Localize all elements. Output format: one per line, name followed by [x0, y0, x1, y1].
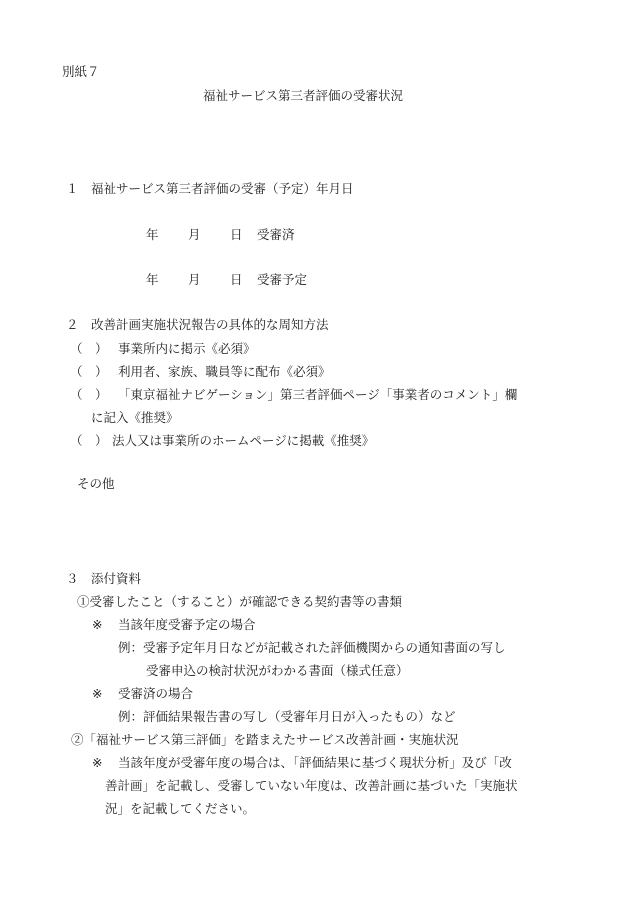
checkbox-navigation[interactable]: （ ）: [70, 387, 108, 403]
day-field[interactable]: 日: [230, 227, 243, 243]
other-label: その他: [77, 476, 115, 492]
note-line-1: 当該年度が受審年度の場合は、「評価結果に基づく現状分析」及び「改: [118, 755, 512, 771]
example-done: 例：評価結果報告書の写し（受審年月日が入ったもの）など: [118, 709, 456, 725]
case-planned: 当該年度受審予定の場合: [118, 617, 256, 633]
section-1-heading: 福祉サービス第三者評価の受審（予定）年月日: [91, 181, 354, 197]
note-mark: ※: [92, 755, 102, 771]
item-navigation: 「東京福祉ナビゲーション」第三者評価ページ「事業者のコメント」欄: [118, 387, 517, 403]
day-field[interactable]: 日: [230, 272, 243, 288]
checkbox-posting[interactable]: （ ）: [70, 341, 108, 357]
example-planned-2: 受審申込の検討状況がわかる書面（様式任意）: [146, 663, 409, 679]
checkbox-homepage[interactable]: （ ）: [70, 433, 108, 449]
note-line-2: 善計画」を記載し、受審していない年度は、改善計画に基づいた「実施状: [105, 778, 518, 794]
section-3-heading: 添付資料: [91, 571, 141, 587]
checkbox-distribution[interactable]: （ ）: [70, 364, 108, 380]
year-field[interactable]: 年: [146, 227, 159, 243]
section-3-number: ３: [66, 571, 79, 587]
item-navigation-continued: に記入《推奨》: [91, 410, 179, 426]
note-mark: ※: [92, 617, 102, 633]
status-label: 受審予定: [257, 272, 307, 288]
attachment-item-1: ①受審したこと（すること）が確認できる契約書等の書類: [77, 594, 402, 610]
attachment-item-2: ②「福祉サービス第三評価」を踏まえたサービス改善計画・実施状況: [71, 732, 459, 748]
section-1-number: １: [66, 181, 79, 197]
note-line-3: 況」を記載してください。: [105, 801, 255, 817]
note-mark: ※: [92, 686, 102, 702]
status-label: 受審済: [257, 227, 295, 243]
example-planned-1: 例：受審予定年月日などが記載された評価機関からの通知書面の写し: [118, 640, 506, 656]
month-field[interactable]: 月: [188, 227, 201, 243]
section-2-heading: 改善計画実施状況報告の具体的な周知方法: [91, 317, 329, 333]
section-2-number: ２: [66, 317, 79, 333]
attachment-label: 別紙７: [62, 64, 100, 80]
case-done: 受審済の場合: [118, 686, 193, 702]
item-homepage: 法人又は事業所のホームページに掲載《推奨》: [112, 433, 374, 449]
document-title: 福祉サービス第三者評価の受審状況: [203, 88, 403, 104]
month-field[interactable]: 月: [188, 272, 201, 288]
item-distribution: 利用者、家族、職員等に配布《必須》: [118, 364, 331, 380]
year-field[interactable]: 年: [146, 272, 159, 288]
item-posting: 事業所内に掲示《必須》: [118, 341, 256, 357]
